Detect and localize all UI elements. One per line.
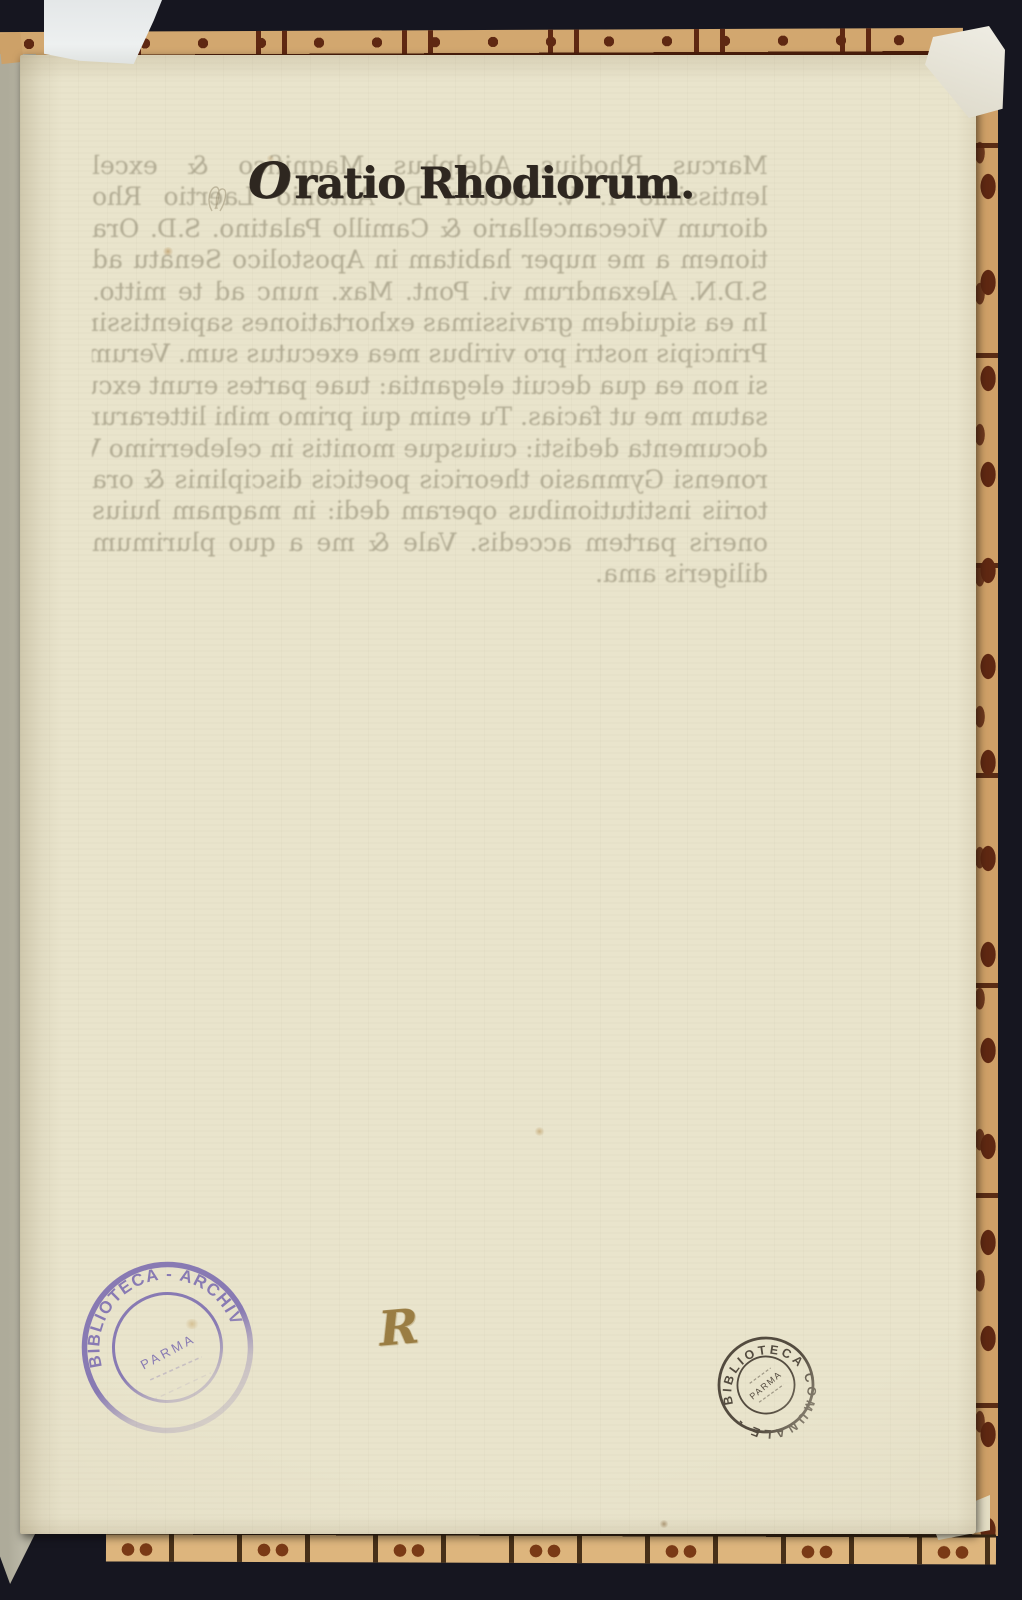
showthrough-line: ronensi Gymnasio theoricis poeticis disc… bbox=[92, 464, 768, 495]
stamp-center-text: PARMA bbox=[138, 1331, 198, 1373]
handwritten-ink-mark: R bbox=[377, 1298, 422, 1357]
book-scan-page: Marcus Rhodius Adelphus Magnifico & exce… bbox=[0, 0, 1022, 1600]
showthrough-line: diligeris ama. bbox=[92, 558, 768, 589]
pencil-mark-icon bbox=[202, 181, 236, 221]
showthrough-line: satum me ut facias. Tu enim qui primo mi… bbox=[92, 401, 768, 432]
foxing-spot bbox=[659, 1520, 669, 1528]
showthrough-line: tionem a me nuper habitam in Apostolico … bbox=[92, 244, 768, 275]
showthrough-line: diorum Vicecancellario & Camillo Palatin… bbox=[92, 213, 768, 244]
stamp-center-text: PARMA bbox=[748, 1369, 784, 1402]
showthrough-line: S.D.N. Alexandrum vi. Pont. Max. nunc ad… bbox=[92, 276, 768, 307]
foxing-spot bbox=[534, 1127, 545, 1136]
showthrough-line: oneris partem accedis. Vale & me a quo p… bbox=[92, 527, 768, 558]
showthrough-line: toriis institutionibus operam dedi: in m… bbox=[92, 495, 768, 526]
showthrough-line: Principis nostri pro viribus mea executu… bbox=[92, 338, 768, 369]
showthrough-line: In ea siquidem gravissimas exhortationes… bbox=[92, 307, 768, 338]
page-title: Oratio Rhodiorum. bbox=[248, 151, 694, 210]
decorative-border-bottom bbox=[106, 1531, 996, 1564]
showthrough-line: si non ea qua decuit elegantia: tuae par… bbox=[92, 370, 768, 401]
showthrough-text-block: Marcus Rhodius Adelphus Magnifico & exce… bbox=[92, 150, 768, 590]
showthrough-line: documenta dedisti: cuiusque monitis in c… bbox=[92, 433, 768, 464]
